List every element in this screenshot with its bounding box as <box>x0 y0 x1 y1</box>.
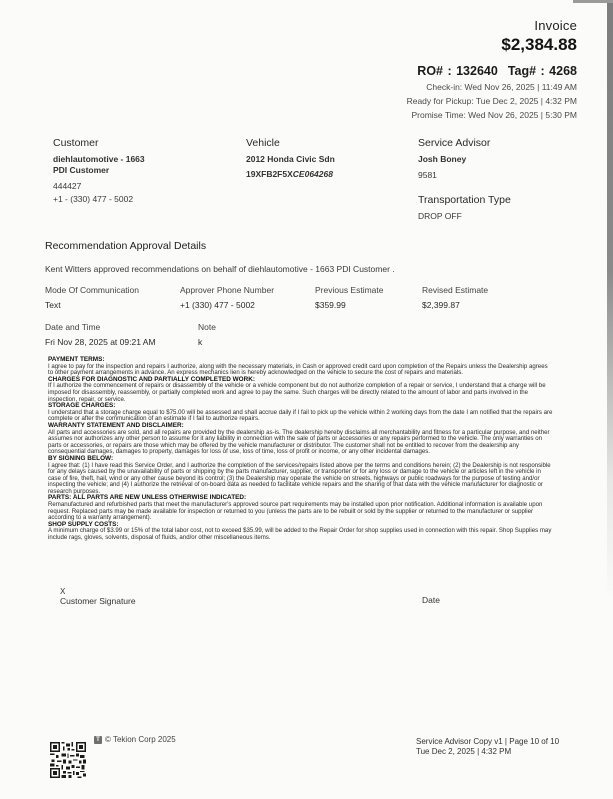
footer-copyright: T © Tekion Corp 2025 <box>94 735 176 744</box>
service-advisor-section: Service Advisor Josh Boney 9581 Transpor… <box>418 137 511 222</box>
field-value: $2,399.87 <box>422 300 542 310</box>
scan-edge <box>607 0 613 600</box>
field-approver-phone: Approver Phone Number +1 (330) 477 - 500… <box>180 285 315 310</box>
field-mode-of-communication: Mode Of Communication Text <box>45 285 180 310</box>
invoice-header: Invoice $2,384.88 RO# : 132640Tag# : 426… <box>407 18 577 120</box>
transportation-heading: Transportation Type <box>418 194 511 206</box>
scan-edge-top <box>573 0 613 3</box>
invoice-total: $2,384.88 <box>407 35 577 55</box>
field-value: $359.99 <box>315 300 422 310</box>
tag-number: Tag# : 4268 <box>508 64 577 78</box>
footer-page-info: Service Advisor Copy v1 | Page 10 of 10 … <box>416 737 559 757</box>
field-value: +1 (330) 477 - 5002 <box>180 300 315 310</box>
vehicle-description: 2012 Honda Civic Sdn <box>246 154 335 165</box>
invoice-label: Invoice <box>407 18 577 33</box>
copy-page-info: Service Advisor Copy v1 | Page 10 of 10 <box>416 737 559 747</box>
vin-suffix: CE064268 <box>293 169 333 179</box>
terms-body-diagnostic: If I authorize the commencement of repai… <box>48 383 553 403</box>
printed-timestamp: Tue Dec 2, 2025 | 4:32 PM <box>416 747 559 757</box>
terms-body-storage: I understand that a storage charge equal… <box>48 410 553 423</box>
field-label: Approver Phone Number <box>180 285 315 295</box>
recommendation-description: Kent Witters approved recommendations on… <box>45 264 585 274</box>
service-advisor-id: 9581 <box>418 170 511 181</box>
transportation-value: DROP OFF <box>418 211 511 222</box>
terms-body-signing: I agree that: (1) I have read this Servi… <box>48 463 553 496</box>
terms-body-parts: Remanufactured and refurbished parts tha… <box>48 502 553 522</box>
field-value: k <box>198 337 318 347</box>
recommendation-fields-2: Date and Time Fri Nov 28, 2025 at 09:21 … <box>45 322 585 347</box>
customer-name-line2: PDI Customer <box>53 165 145 176</box>
field-label: Revised Estimate <box>422 285 542 295</box>
field-note: Note k <box>198 322 318 347</box>
vehicle-heading: Vehicle <box>246 137 335 149</box>
field-previous-estimate: Previous Estimate $359.99 <box>315 285 422 310</box>
service-advisor-name: Josh Boney <box>418 154 511 165</box>
customer-section: Customer diehlautomotive - 1663 PDI Cust… <box>53 137 145 205</box>
terms-and-conditions: PAYMENT TERMS: I agree to pay for the in… <box>48 357 553 542</box>
ready-for-pickup-time: Ready for Pickup: Tue Dec 2, 2025 | 4:32… <box>407 96 577 106</box>
customer-signature-block: X Customer Signature <box>60 588 136 606</box>
copyright-text: © Tekion Corp 2025 <box>105 735 176 744</box>
field-label: Mode Of Communication <box>45 285 180 295</box>
service-advisor-heading: Service Advisor <box>418 137 511 149</box>
recommendation-title: Recommendation Approval Details <box>45 240 585 252</box>
field-date-time: Date and Time Fri Nov 28, 2025 at 09:21 … <box>45 322 198 347</box>
terms-body-shop-supply: A minimum charge of $3.99 or 15% of the … <box>48 528 553 541</box>
promise-time: Promise Time: Wed Nov 26, 2025 | 5:30 PM <box>407 110 577 120</box>
field-revised-estimate: Revised Estimate $2,399.87 <box>422 285 542 310</box>
customer-name-line1: diehlautomotive - 1663 <box>53 154 145 165</box>
check-in-time: Check-in: Wed Nov 26, 2025 | 11:49 AM <box>407 82 577 92</box>
field-value: Text <box>45 300 180 310</box>
customer-signature-label: Customer Signature <box>60 596 136 606</box>
tekion-logo-icon: T <box>94 736 102 744</box>
terms-body-warranty: All parts and accessories are sold, and … <box>48 430 553 456</box>
terms-body-payment: I agree to pay for the inspection and re… <box>48 364 553 377</box>
signature-x-mark: X <box>60 588 136 596</box>
vehicle-vin: 19XFB2F5XCE064268 <box>246 169 335 180</box>
field-value: Fri Nov 28, 2025 at 09:21 AM <box>45 337 198 347</box>
vehicle-section: Vehicle 2012 Honda Civic Sdn 19XFB2F5XCE… <box>246 137 335 180</box>
signature-date-label: Date <box>422 595 440 605</box>
ro-number: RO# : 132640 <box>417 64 498 78</box>
field-label: Note <box>198 322 318 332</box>
customer-phone: +1 - (330) 477 - 5002 <box>53 194 145 205</box>
customer-heading: Customer <box>53 137 145 149</box>
field-label: Date and Time <box>45 322 198 332</box>
field-label: Previous Estimate <box>315 285 422 295</box>
ro-tag-line: RO# : 132640Tag# : 4268 <box>407 64 577 78</box>
customer-id: 444427 <box>53 181 145 192</box>
recommendation-section: Recommendation Approval Details Kent Wit… <box>45 240 585 347</box>
vin-prefix: 19XFB2F5X <box>246 169 293 179</box>
recommendation-fields: Mode Of Communication Text Approver Phon… <box>45 285 585 310</box>
qr-code-icon <box>50 742 86 778</box>
